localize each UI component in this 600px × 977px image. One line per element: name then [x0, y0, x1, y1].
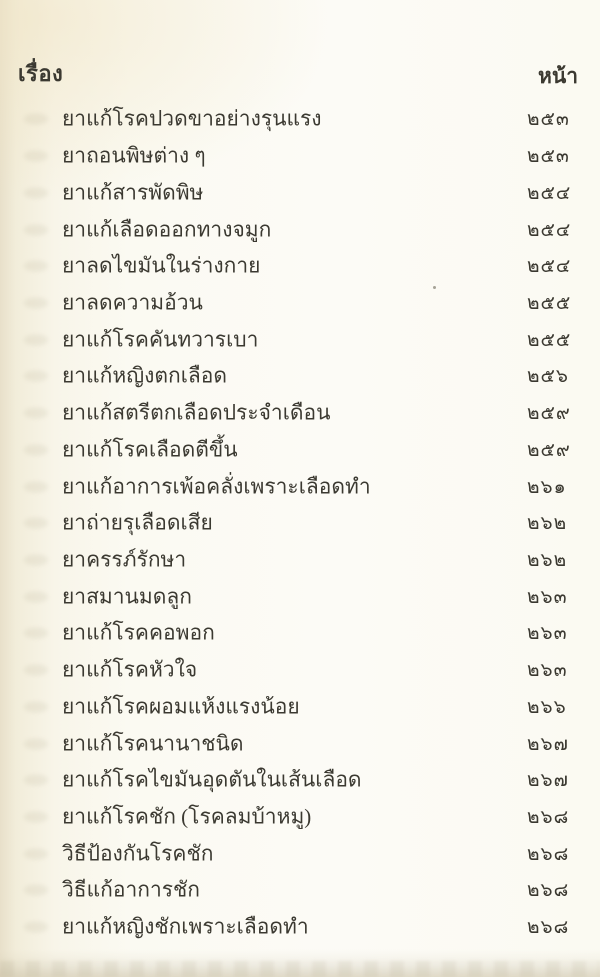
toc-entry-page-number: ๒๕๙	[527, 398, 571, 428]
toc-entry-title: ยาแก้โรคไขมันอุดตันในเส้นเลือด	[62, 764, 362, 797]
bleedthrough-mark	[24, 775, 48, 786]
bleedthrough-mark	[24, 151, 48, 162]
toc-entry-page-number: ๒๕๓	[527, 104, 570, 134]
bleedthrough-mark	[24, 261, 48, 272]
toc-entry-title: ยาแก้โรคคอพอก	[62, 617, 215, 650]
toc-row: วิธีป้องกันโรคชัก ๒๖๘	[0, 835, 600, 872]
toc-entry-page-number: ๒๖๒	[527, 545, 567, 575]
toc-entry-title: ยาแก้สตรีตกเลือดประจำเดือน	[62, 397, 331, 430]
toc-entry-page-number: ๒๕๔	[527, 215, 571, 245]
page-bottom-edge	[0, 961, 600, 977]
bleedthrough-mark	[24, 738, 48, 749]
bleedthrough-mark	[24, 481, 48, 492]
toc-entry-title: ยาแก้เลือดออกทางจมูก	[62, 213, 271, 246]
toc-entry-page-number: ๒๕๔	[527, 251, 571, 281]
toc-entry-page-number: ๒๖๓	[527, 655, 568, 685]
bleedthrough-mark	[24, 922, 48, 933]
toc-entry-title: ยาแก้โรคนานาชนิด	[62, 727, 244, 760]
toc-entry-title: ยาลดความอ้วน	[62, 286, 203, 319]
toc-entry-page-number: ๒๕๓	[527, 141, 570, 171]
toc-row: ยาลดไขมันในร่างกาย ๒๕๔	[0, 248, 600, 285]
toc-row: ยาแก้โรคคันทวารเบา ๒๕๕	[0, 321, 600, 358]
toc-row: ยาลดความอ้วน ๒๕๕	[0, 285, 600, 322]
toc-row: ยาครรภ์รักษา ๒๖๒	[0, 542, 600, 579]
toc-row: ยาแก้หญิงตกเลือด ๒๕๖	[0, 358, 600, 395]
bleedthrough-mark	[24, 701, 48, 712]
toc-header-topic-label: เรื่อง	[18, 56, 63, 91]
paper-speck	[433, 286, 436, 289]
bleedthrough-mark	[24, 812, 48, 823]
toc-row: ยาแก้โรคผอมแห้งแรงน้อย ๒๖๖	[0, 689, 600, 726]
toc-entry-title: ยาแก้โรคเลือดตีขึ้น	[62, 433, 238, 466]
bleedthrough-mark	[24, 187, 48, 198]
toc-row: ยาแก้โรคปวดขาอย่างรุนแรง ๒๕๓	[0, 101, 600, 138]
toc-entry-page-number: ๒๖๓	[527, 582, 568, 612]
toc-entry-title: ยาถอนพิษต่าง ๆ	[62, 140, 206, 173]
bleedthrough-mark	[24, 114, 48, 125]
bleedthrough-mark	[24, 628, 48, 639]
toc-entry-page-number: ๒๖๓	[527, 618, 568, 648]
toc-entry-page-number: ๒๖๗	[527, 729, 569, 759]
toc-entry-page-number: ๒๕๙	[527, 435, 571, 465]
toc-entry-page-number: ๒๕๕	[527, 325, 571, 355]
toc-entry-title: ยาแก้โรคชัก (โรคลมบ้าหมู)	[62, 801, 311, 834]
toc-entry-page-number: ๒๖๘	[527, 912, 569, 942]
toc-entry-title: ยาแก้โรคปวดขาอย่างรุนแรง	[62, 103, 322, 136]
bleedthrough-mark	[24, 444, 48, 455]
toc-entry-title: ยาครรภ์รักษา	[62, 543, 186, 576]
bleedthrough-mark	[24, 334, 48, 345]
bleedthrough-mark	[24, 591, 48, 602]
toc-entry-title: ยาแก้โรคหัวใจ	[62, 654, 197, 687]
bleedthrough-mark	[24, 848, 48, 859]
toc-row: ยาแก้เลือดออกทางจมูก ๒๕๔	[0, 211, 600, 248]
bleedthrough-mark	[24, 885, 48, 896]
toc-entry-page-number: ๒๖๘	[527, 875, 569, 905]
toc-row: ยาสมานมดลูก ๒๖๓	[0, 578, 600, 615]
toc-entry-title: วิธีป้องกันโรคชัก	[62, 837, 213, 870]
bleedthrough-mark	[24, 665, 48, 676]
toc-row: ยาแก้โรคคอพอก ๒๖๓	[0, 615, 600, 652]
toc-entry-title: ยาแก้สารพัดพิษ	[62, 176, 203, 209]
toc-row: ยาแก้โรคไขมันอุดตันในเส้นเลือด ๒๖๗	[0, 762, 600, 799]
toc-entry-page-number: ๒๖๖	[527, 692, 567, 722]
toc-row: ยาแก้สารพัดพิษ ๒๕๔	[0, 174, 600, 211]
toc-row: ยาถ่ายรุเลือดเสีย ๒๖๒	[0, 505, 600, 542]
toc-row: ยาแก้โรคเลือดตีขึ้น ๒๕๙	[0, 431, 600, 468]
toc-entry-title: ยาสมานมดลูก	[62, 580, 192, 613]
toc-row: ยาแก้โรคนานาชนิด ๒๖๗	[0, 725, 600, 762]
toc-row: วิธีแก้อาการชัก ๒๖๘	[0, 872, 600, 909]
toc-row: ยาแก้อาการเพ้อคลั่งเพราะเลือดทำ ๒๖๑	[0, 468, 600, 505]
toc-header-page-label: หน้า	[538, 60, 578, 93]
toc-entry-page-number: ๒๕๖	[527, 361, 569, 391]
toc-entry-title: ยาลดไขมันในร่างกาย	[62, 250, 260, 283]
toc-row: ยาแก้สตรีตกเลือดประจำเดือน ๒๕๙	[0, 395, 600, 432]
toc-entry-page-number: ๒๕๔	[527, 178, 571, 208]
bleedthrough-mark	[24, 371, 48, 382]
toc-entry-page-number: ๒๖๘	[527, 839, 569, 869]
bleedthrough-mark	[24, 408, 48, 419]
toc-list: ยาแก้โรคปวดขาอย่างรุนแรง ๒๕๓ ยาถอนพิษต่า…	[0, 101, 600, 946]
toc-entry-title: ยาแก้หญิงชักเพราะเลือดทำ	[62, 911, 309, 944]
bleedthrough-mark	[24, 518, 48, 529]
scanned-book-page: เรื่อง หน้า ยาแก้โรคปวดขาอย่างรุนแรง ๒๕๓…	[0, 0, 600, 977]
toc-entry-title: ยาแก้โรคผอมแห้งแรงน้อย	[62, 690, 300, 723]
toc-entry-title: ยาถ่ายรุเลือดเสีย	[62, 507, 213, 540]
toc-entry-page-number: ๒๖๑	[527, 472, 567, 502]
bleedthrough-mark	[24, 224, 48, 235]
toc-entry-title: ยาแก้อาการเพ้อคลั่งเพราะเลือดทำ	[62, 470, 371, 503]
bleedthrough-mark	[24, 554, 48, 565]
toc-entry-title: ยาแก้หญิงตกเลือด	[62, 360, 227, 393]
toc-row: ยาถอนพิษต่าง ๆ ๒๕๓	[0, 138, 600, 175]
toc-entry-title: ยาแก้โรคคันทวารเบา	[62, 323, 258, 356]
toc-row: ยาแก้หญิงชักเพราะเลือดทำ ๒๖๘	[0, 909, 600, 946]
toc-row: ยาแก้โรคชัก (โรคลมบ้าหมู) ๒๖๘	[0, 799, 600, 836]
toc-row: ยาแก้โรคหัวใจ ๒๖๓	[0, 652, 600, 689]
bleedthrough-mark	[24, 297, 48, 308]
toc-entry-page-number: ๒๖๗	[527, 765, 569, 795]
toc-entry-page-number: ๒๖๒	[527, 508, 567, 538]
toc-entry-page-number: ๒๕๕	[527, 288, 571, 318]
toc-entry-title: วิธีแก้อาการชัก	[62, 874, 200, 907]
toc-entry-page-number: ๒๖๘	[527, 802, 569, 832]
